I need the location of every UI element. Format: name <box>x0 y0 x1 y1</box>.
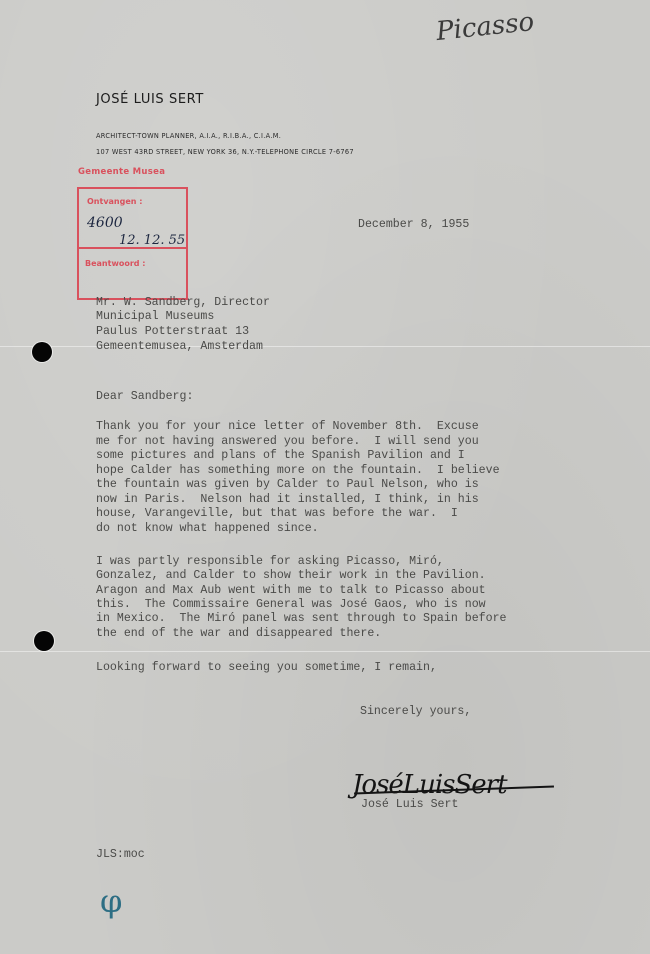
letterhead-address: 107 WEST 43RD STREET, NEW YORK 36, N.Y.-… <box>96 148 354 156</box>
body-line: hope Calder has something more on the fo… <box>96 464 500 479</box>
body-line: in Mexico. The Miró panel was sent throu… <box>96 612 507 627</box>
body-line: Looking forward to seeing you sometime, … <box>96 661 437 676</box>
body-line: Thank you for your nice letter of Novemb… <box>96 420 479 435</box>
body-line: do not know what happened since. <box>96 522 319 537</box>
stamp-received-date: 12. 12. 55 <box>119 233 185 248</box>
stamp-divider <box>79 247 186 249</box>
punch-hole <box>34 631 54 651</box>
body-line: the end of the war and disappeared there… <box>96 627 381 642</box>
recipient-line: Municipal Museums <box>96 310 214 325</box>
typed-name: José Luis Sert <box>361 798 458 813</box>
letter-page: Picasso JOSÉ LUIS SERT ARCHITECT-TOWN PL… <box>0 0 650 954</box>
body-line: some pictures and plans of the Spanish P… <box>96 449 465 464</box>
closing: Sincerely yours, <box>360 705 471 720</box>
body-line: house, Varangeville, but that was before… <box>96 507 458 522</box>
salutation: Dear Sandberg: <box>96 390 193 405</box>
stamp-received-number: 4600 <box>87 215 123 231</box>
body-line: Aragon and Max Aub went with me to talk … <box>96 584 486 599</box>
body-line: now in Paris. Nelson had it installed, I… <box>96 493 479 508</box>
letterhead-name: JOSÉ LUIS SERT <box>96 92 204 107</box>
stamp-answered-label: Beantwoord : <box>85 259 145 268</box>
stamp-title: Gemeente Musea <box>78 167 165 177</box>
reference-initials: JLS:moc <box>96 848 145 863</box>
recipient-line: Paulus Potterstraat 13 <box>96 325 249 340</box>
body-line: I was partly responsible for asking Pica… <box>96 555 444 570</box>
body-line: Gonzalez, and Calder to show their work … <box>96 569 486 584</box>
recipient-line: Gemeentemusea, Amsterdam <box>96 340 263 355</box>
body-line: the fountain was given by Calder to Paul… <box>96 478 479 493</box>
recipient-line: Mr. W. Sandberg, Director <box>96 296 270 311</box>
stamp-received-label: Ontvangen : <box>87 197 142 206</box>
handwritten-signature: JoséLuisSert <box>352 770 507 800</box>
filing-mark: φ <box>100 882 122 920</box>
body-line: me for not having answered you before. I… <box>96 435 479 450</box>
fold-line <box>0 651 650 652</box>
handwritten-annotation: Picasso <box>435 7 536 47</box>
letter-date: December 8, 1955 <box>358 218 469 233</box>
punch-hole <box>32 342 52 362</box>
received-stamp: Ontvangen : 4600 12. 12. 55 Beantwoord : <box>77 187 188 300</box>
letterhead-title: ARCHITECT-TOWN PLANNER, A.I.A., R.I.B.A.… <box>96 132 281 140</box>
body-line: this. The Commissaire General was José G… <box>96 598 486 613</box>
